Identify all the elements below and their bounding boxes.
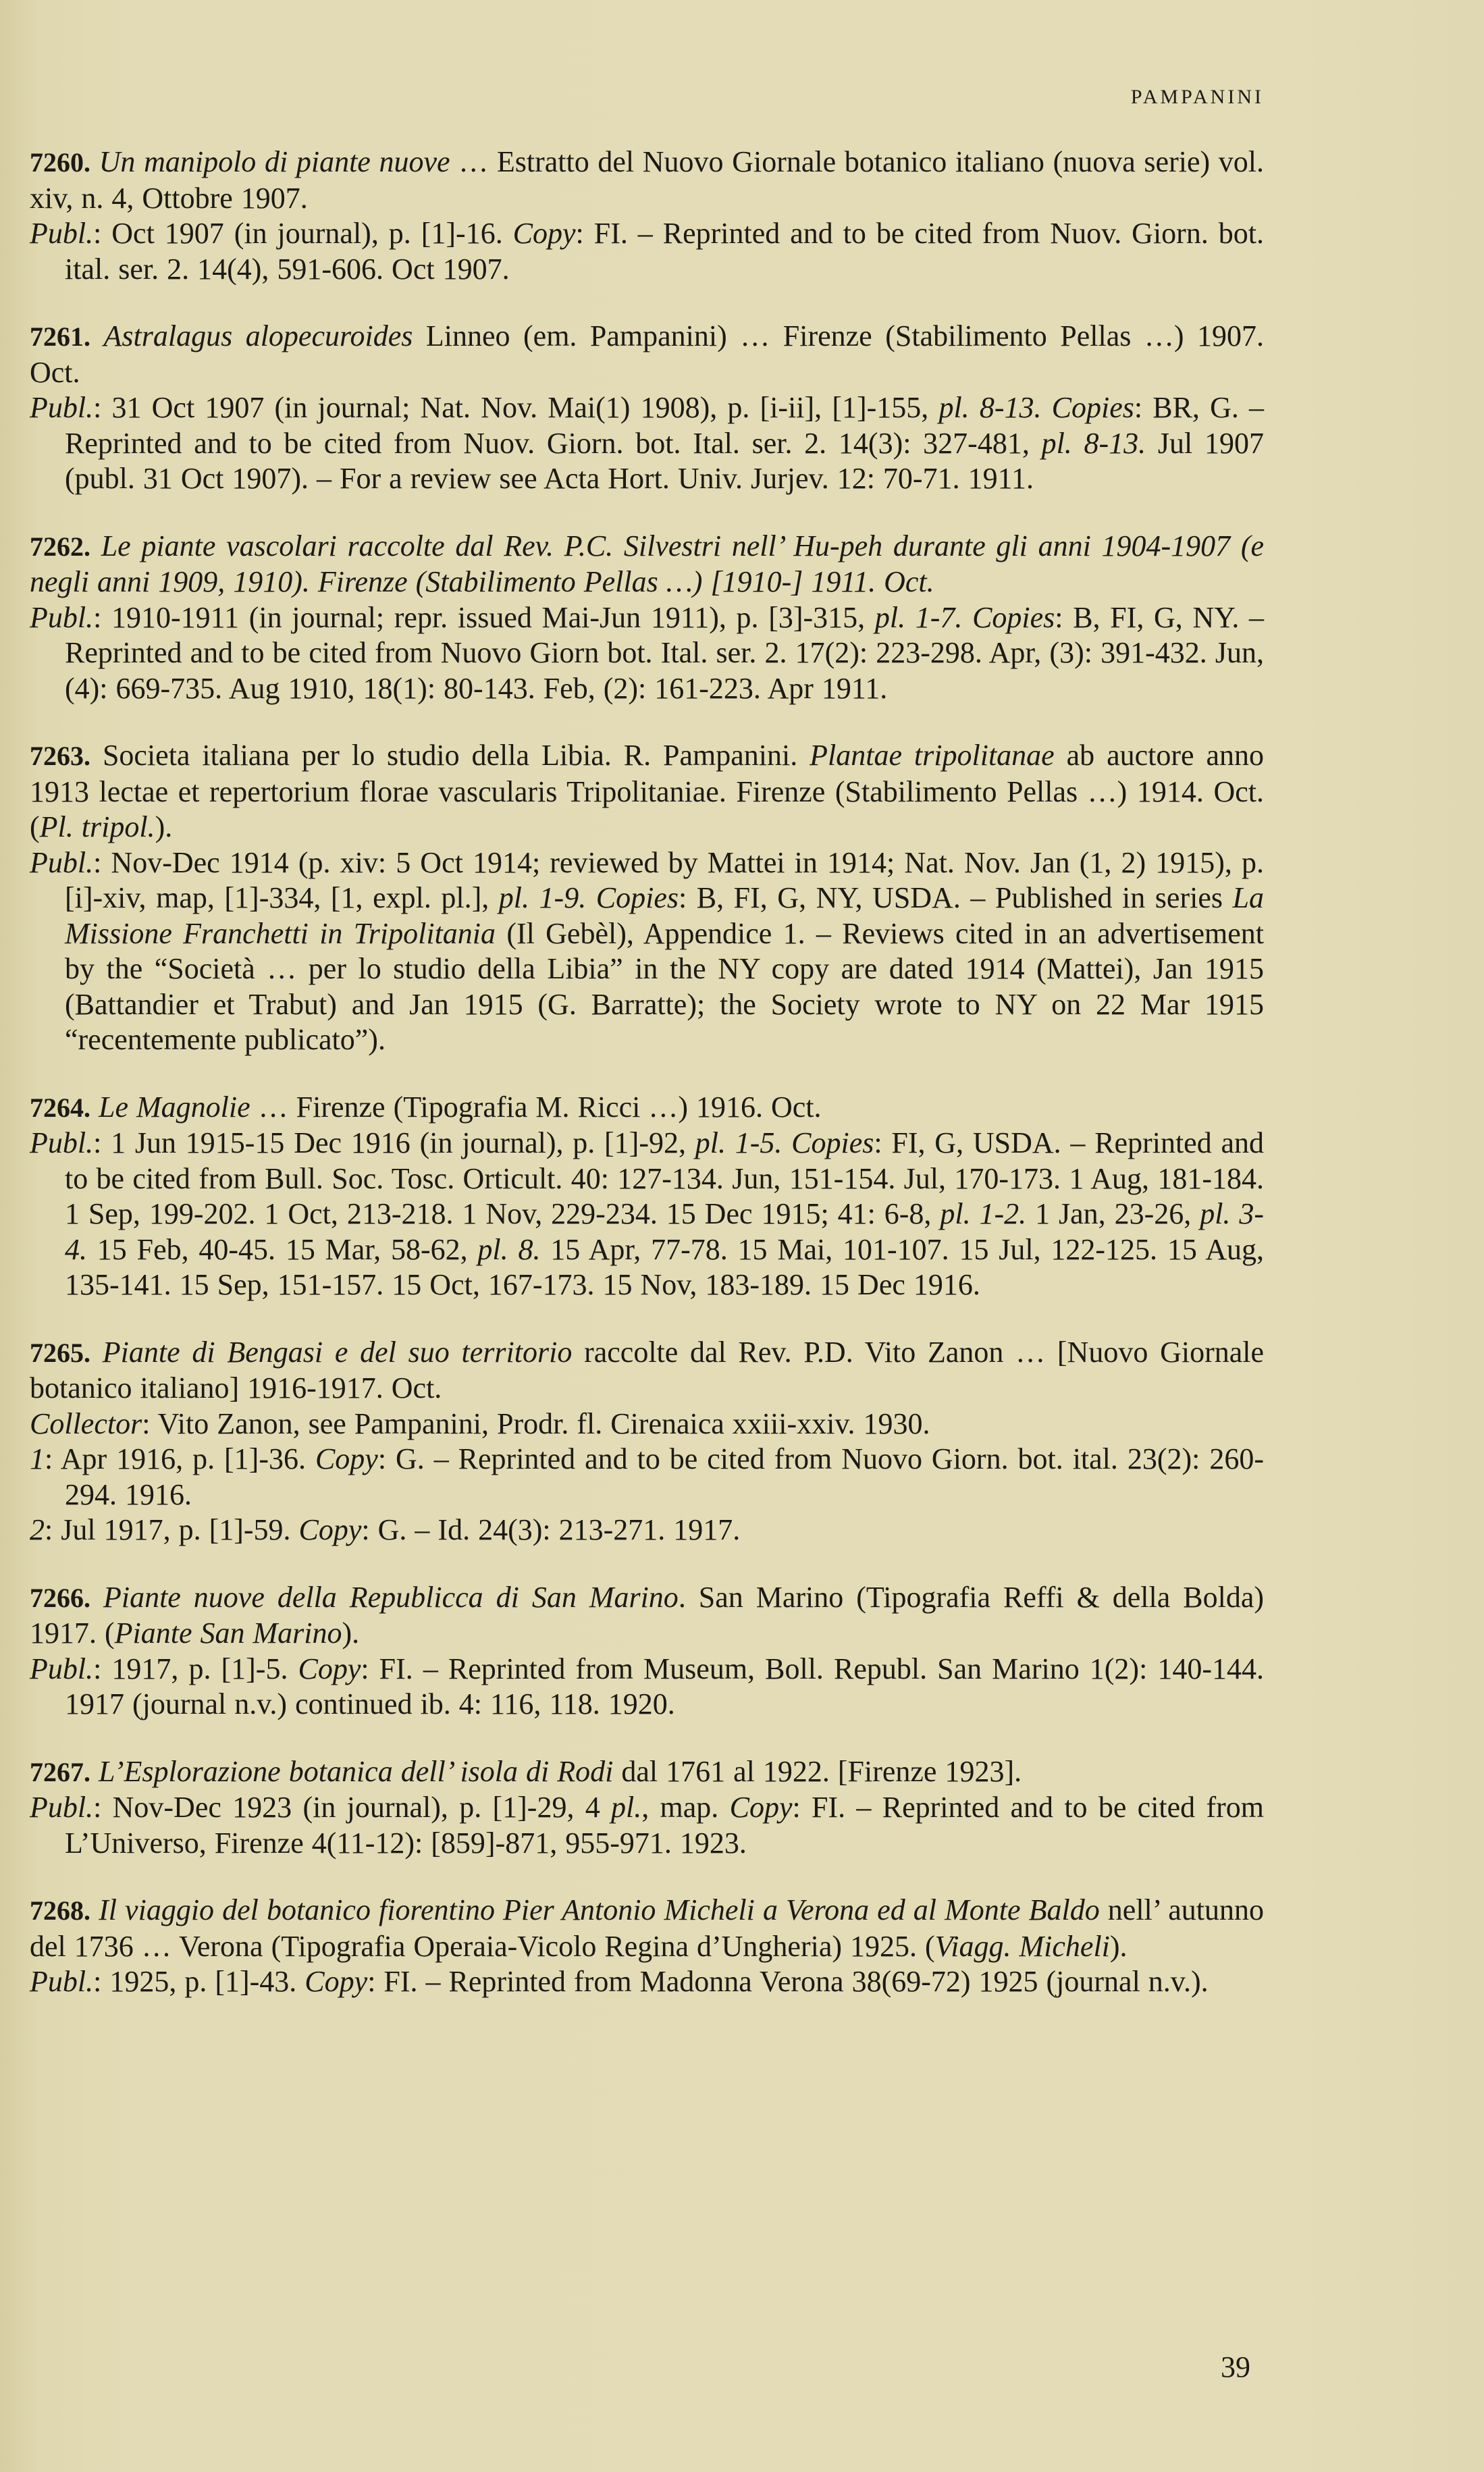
bibliography-entry: 7261. Astralagus alopecuroides Linneo (e…: [30, 319, 1264, 497]
entry-title: 7263. Societa italiana per lo studio del…: [30, 738, 1264, 845]
entry-publication-note: 1: Apr 1916, p. [1]-36. Copy: G. – Repri…: [30, 1442, 1264, 1513]
italic-text: Piante di Bengasi e del suo territorio: [103, 1336, 573, 1369]
italic-text: Publ.: [30, 1965, 93, 1998]
italic-text: pl. 8.: [477, 1233, 540, 1266]
entry-number: 7261.: [30, 321, 90, 352]
italic-text: Viagg. Micheli: [935, 1930, 1110, 1963]
text: : Nov-Dec 1923 (in journal), p. [1]-29, …: [93, 1791, 611, 1824]
entry-number: 7268.: [30, 1895, 90, 1926]
text: : 1917, p. [1]-5.: [93, 1652, 298, 1685]
italic-text: pl. 8-13.: [1042, 427, 1146, 460]
bibliography-entry: 7264. Le Magnolie … Firenze (Tipografia …: [30, 1090, 1264, 1303]
italic-text: Copy: [298, 1652, 361, 1685]
italic-text: Astralagus alopecuroides: [104, 319, 413, 352]
italic-text: pl. 1-7. Copies: [875, 601, 1055, 634]
text: : 1925, p. [1]-43.: [93, 1965, 304, 1998]
italic-text: 2: [30, 1513, 45, 1546]
italic-text: pl.: [611, 1791, 641, 1824]
entry-title: 7261. Astralagus alopecuroides Linneo (e…: [30, 319, 1264, 390]
entry-title: 7264. Le Magnolie … Firenze (Tipografia …: [30, 1090, 1264, 1126]
entry-title: 7262. Le piante vascolari raccolte dal R…: [30, 529, 1264, 600]
text: Societa italiana per lo studio della Lib…: [103, 739, 810, 772]
text: : 31 Oct 1907 (in journal; Nat. Nov. Mai…: [93, 391, 938, 424]
italic-text: Le Magnolie: [99, 1090, 250, 1124]
text: ).: [342, 1616, 360, 1650]
running-head: PAMPANINI: [1053, 84, 1264, 111]
text: : 1 Jun 1915-15 Dec 1916 (in journal), p…: [93, 1126, 695, 1159]
text: : Vito Zanon, see Pampanini, Prodr. fl. …: [142, 1407, 930, 1440]
text: : G. – Id. 24(3): 213-271. 1917.: [361, 1513, 740, 1546]
bibliography-entry: 7265. Piante di Bengasi e del suo territ…: [30, 1335, 1264, 1548]
bibliography-entry: 7266. Piante nuove della Republicca di S…: [30, 1580, 1264, 1722]
text: 15 Feb, 40-45. 15 Mar, 58-62,: [87, 1233, 477, 1266]
italic-text: Il viaggio del botanico fiorentino Pier …: [99, 1893, 1100, 1926]
italic-text: Publ.: [30, 601, 93, 634]
entry-title: 7265. Piante di Bengasi e del suo territ…: [30, 1335, 1264, 1406]
italic-text: Piante nuove della Republicca di San Mar…: [103, 1581, 679, 1614]
entry-title: 7260. Un manipolo di piante nuove … Estr…: [30, 144, 1264, 216]
bibliography-entry: 7268. Il viaggio del botanico fiorentino…: [30, 1893, 1264, 2000]
text: : 1910-1911 (in journal; repr. issued Ma…: [93, 601, 875, 634]
text: ).: [155, 810, 173, 843]
italic-text: Copy: [304, 1965, 367, 1998]
italic-text: Publ.: [30, 1126, 93, 1159]
entry-publication-note: Publ.: 1917, p. [1]-5. Copy: FI. – Repri…: [30, 1652, 1264, 1722]
entry-publication-note: Publ.: Nov-Dec 1914 (p. xiv: 5 Oct 1914;…: [30, 845, 1264, 1058]
italic-text: pl. 8-13. Copies: [938, 391, 1134, 424]
italic-text: Un manipolo di piante nuove: [99, 145, 450, 178]
entry-number: 7265.: [30, 1338, 90, 1368]
entry-number: 7262.: [30, 531, 90, 562]
italic-text: Le piante vascolari raccolte dal Rev. P.…: [30, 529, 1264, 599]
entry-publication-note: Publ.: 31 Oct 1907 (in journal; Nat. Nov…: [30, 390, 1264, 497]
entry-publication-note: Publ.: 1 Jun 1915-15 Dec 1916 (in journa…: [30, 1126, 1264, 1303]
text: , map.: [641, 1791, 729, 1824]
entry-title: 7268. Il viaggio del botanico fiorentino…: [30, 1893, 1264, 1964]
italic-text: Publ.: [30, 1652, 93, 1685]
page-number: 39: [1202, 2350, 1269, 2385]
text: : FI. – Reprinted from Madonna Verona 38…: [367, 1965, 1208, 1998]
text: ).: [1110, 1930, 1128, 1963]
italic-text: pl. 1-9. Copies: [499, 881, 679, 914]
italic-text: Pl. tripol.: [40, 810, 155, 843]
text: 1 Jan, 23-26,: [1026, 1197, 1200, 1230]
entry-title: 7266. Piante nuove della Republicca di S…: [30, 1580, 1264, 1652]
entry-publication-note: 2: Jul 1917, p. [1]-59. Copy: G. – Id. 2…: [30, 1513, 1264, 1548]
text: : Jul 1917, p. [1]-59.: [45, 1513, 299, 1546]
italic-text: Copy: [730, 1791, 793, 1824]
entry-title: 7267. L’Esplorazione botanica dell’ isol…: [30, 1754, 1264, 1791]
bibliography-entry: 7262. Le piante vascolari raccolte dal R…: [30, 529, 1264, 707]
entry-publication-note: Publ.: 1910-1911 (in journal; repr. issu…: [30, 600, 1264, 707]
italic-text: Publ.: [30, 391, 93, 424]
italic-text: Publ.: [30, 217, 93, 250]
italic-text: Publ.: [30, 846, 93, 879]
italic-text: pl. 1-5. Copies: [695, 1126, 874, 1159]
italic-text: Collector: [30, 1407, 142, 1440]
italic-text: Plantae tripolitanae: [810, 739, 1055, 772]
entry-number: 7266.: [30, 1583, 90, 1613]
text: : B, FI, G, NY, USDA. – Published in ser…: [679, 881, 1233, 914]
bibliography-entry: 7263. Societa italiana per lo studio del…: [30, 738, 1264, 1058]
italic-text: Copy: [299, 1513, 362, 1546]
entry-publication-note: Publ.: 1925, p. [1]-43. Copy: FI. – Repr…: [30, 1964, 1264, 2000]
entry-publication-note: Publ.: Oct 1907 (in journal), p. [1]-16.…: [30, 216, 1264, 287]
entry-publication-note: Publ.: Nov-Dec 1923 (in journal), p. [1]…: [30, 1790, 1264, 1861]
entry-number: 7263.: [30, 741, 90, 771]
entry-number: 7260.: [30, 147, 90, 178]
bibliography-entry: 7267. L’Esplorazione botanica dell’ isol…: [30, 1754, 1264, 1862]
italic-text: Piante San Marino: [115, 1616, 342, 1650]
entry-number: 7264.: [30, 1093, 90, 1123]
text: : Apr 1916, p. [1]-36.: [45, 1442, 315, 1475]
entry-publication-note: Collector: Vito Zanon, see Pampanini, Pr…: [30, 1406, 1264, 1442]
italic-text: 1: [30, 1442, 45, 1475]
bibliography-entries: 7260. Un manipolo di piante nuove … Estr…: [30, 144, 1264, 2032]
text: … Firenze (Tipografia M. Ricci …) 1916. …: [250, 1090, 822, 1124]
italic-text: L’Esplorazione botanica dell’ isola di R…: [99, 1755, 613, 1788]
bibliography-entry: 7260. Un manipolo di piante nuove … Estr…: [30, 144, 1264, 287]
text: : Oct 1907 (in journal), p. [1]-16.: [93, 217, 513, 250]
italic-text: pl. 1-2.: [940, 1197, 1026, 1230]
italic-text: Copy: [315, 1442, 378, 1475]
italic-text: Publ.: [30, 1791, 93, 1824]
entry-number: 7267.: [30, 1757, 90, 1787]
text: dal 1761 al 1922. [Firenze 1923].: [613, 1755, 1022, 1788]
italic-text: Copy: [513, 217, 576, 250]
